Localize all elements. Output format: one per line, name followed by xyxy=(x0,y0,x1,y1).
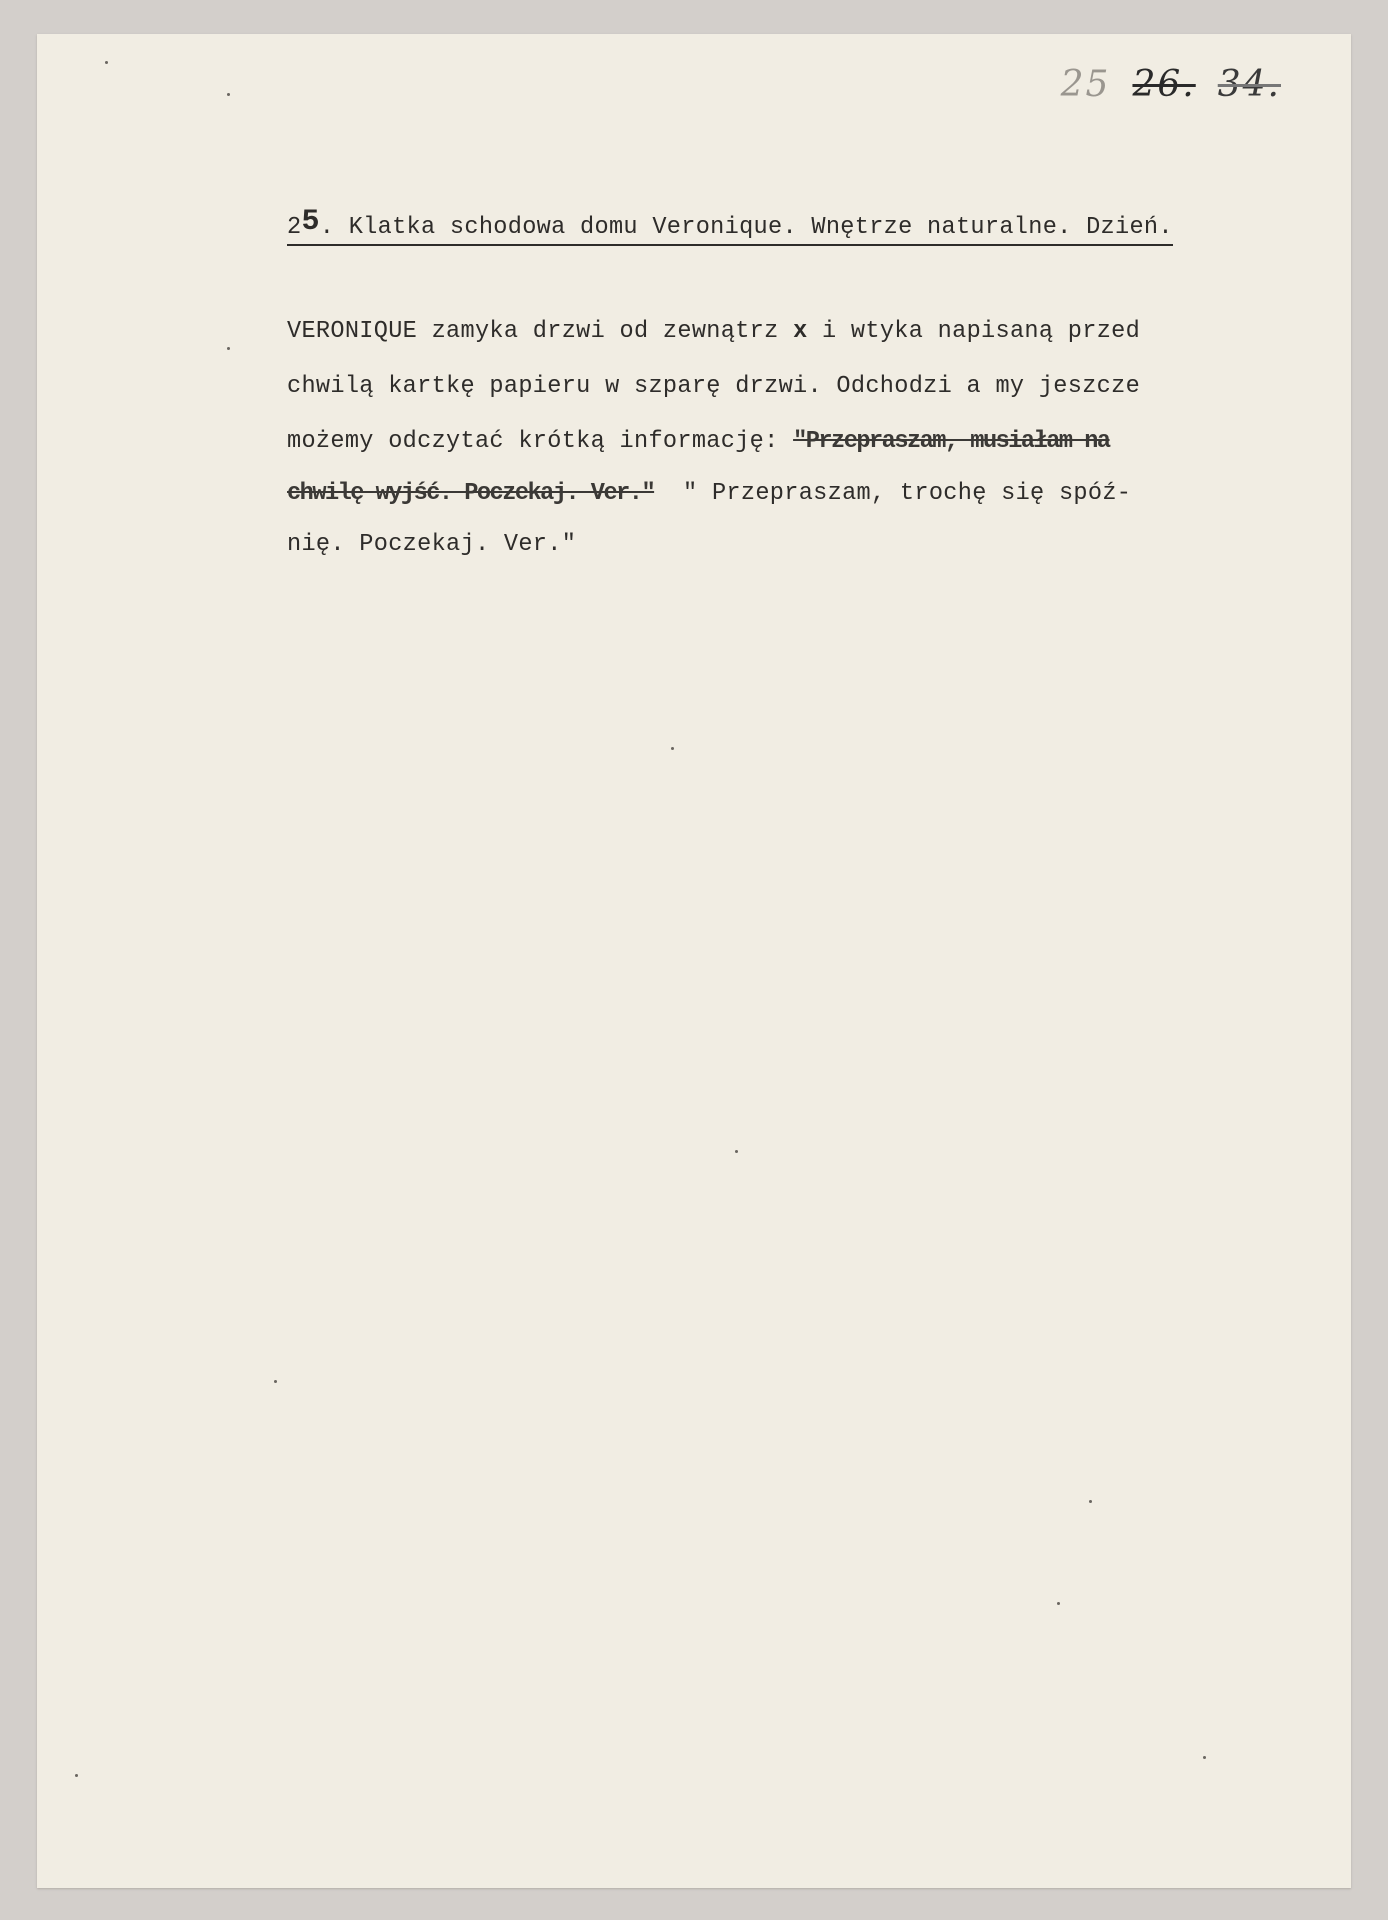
scene-number-correction: 5 xyxy=(301,205,319,239)
body-text: " Przepraszam, trochę się spóź- xyxy=(654,480,1131,507)
page-number-old: 25 xyxy=(1061,64,1111,105)
page-number-annotation: 2526.34. xyxy=(1061,64,1281,105)
paper-speck xyxy=(274,1380,277,1383)
struck-text: x xyxy=(793,318,807,345)
body-text: nię. Poczekaj. Ver." xyxy=(287,531,576,558)
paper-speck xyxy=(105,61,108,64)
body-line: chwilą kartkę papieru w szparę drzwi. Od… xyxy=(287,372,1140,402)
paper-speck xyxy=(1089,1500,1092,1503)
page-number-crossed: 26. xyxy=(1132,64,1195,105)
page-number-current: 34. xyxy=(1218,64,1281,105)
body-text: VERONIQUE zamyka drzwi od zewnątrz xyxy=(287,318,793,345)
paper-speck xyxy=(1057,1602,1060,1605)
struck-text: chwilę wyjść. Poczekaj. Ver." xyxy=(287,480,654,507)
body-line: VERONIQUE zamyka drzwi od zewnątrz x i w… xyxy=(287,317,1140,347)
document-page: 2526.34. 25. Klatka schodowa domu Veroni… xyxy=(37,34,1351,1888)
scene-heading-text: . Klatka schodowa domu Veronique. Wnętrz… xyxy=(320,214,1173,241)
scene-heading: 25. Klatka schodowa domu Veronique. Wnęt… xyxy=(287,211,1173,246)
paper-speck xyxy=(1203,1756,1206,1759)
scene-number-prefix: 2 xyxy=(287,214,301,241)
body-text: możemy odczytać krótką informację: xyxy=(287,428,793,455)
body-line: chwilę wyjść. Poczekaj. Ver." " Przepras… xyxy=(287,479,1131,509)
paper-speck xyxy=(735,1150,738,1153)
body-line: możemy odczytać krótką informację: "Prze… xyxy=(287,427,1110,457)
paper-speck xyxy=(75,1774,78,1777)
paper-speck xyxy=(227,93,230,96)
body-line: nię. Poczekaj. Ver." xyxy=(287,530,576,560)
body-text: chwilą kartkę papieru w szparę drzwi. Od… xyxy=(287,373,1140,400)
paper-speck xyxy=(227,347,230,350)
paper-speck xyxy=(671,747,674,750)
struck-text: "Przepraszam, musiałam na xyxy=(793,428,1109,455)
body-text: i wtyka napisaną przed xyxy=(808,318,1141,345)
